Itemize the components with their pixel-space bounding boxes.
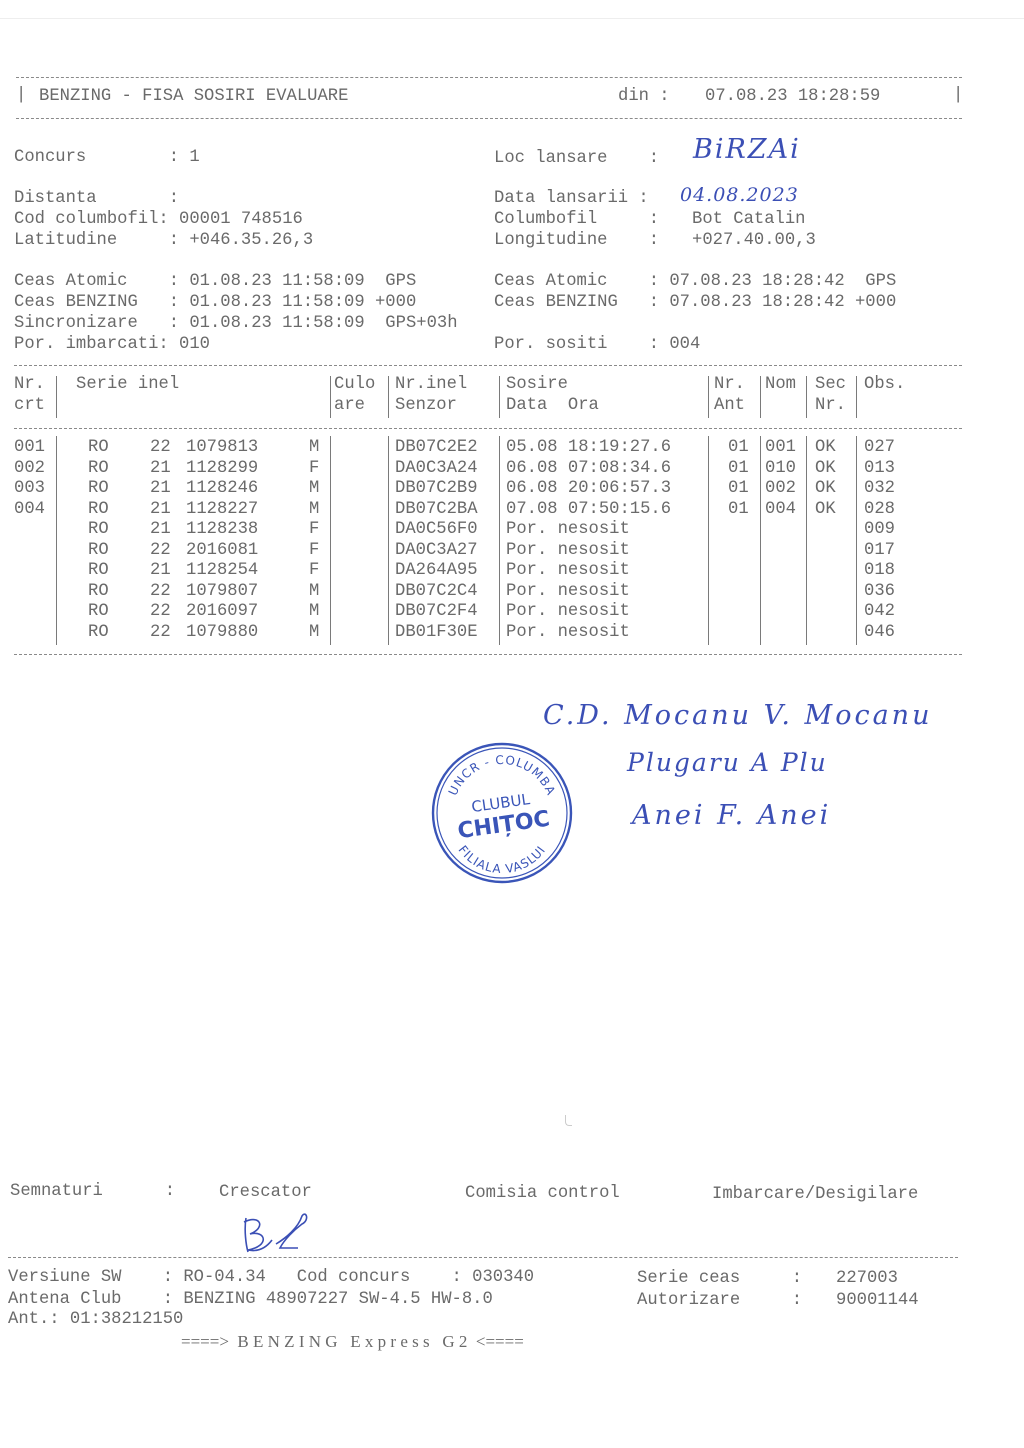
cell-sex: M [309,479,319,500]
cell-inel: 1079880 [186,623,258,644]
cell-senzor: DA0C3A24 [395,459,478,480]
ceas-atomic-start: Ceas Atomic : 01.08.23 11:58:09 GPS [14,272,416,293]
header-sec-nr: Nr. [815,396,846,417]
cell-senzor: DA0C3A27 [395,541,478,562]
header-nom: Nom [765,375,796,396]
cell-an: 22 [150,623,171,644]
ceas-benzing-start: Ceas BENZING : 01.08.23 11:58:09 +000 [14,293,416,314]
cell-ant: 01 [728,500,749,521]
cell-inel: 1128299 [186,459,258,480]
autorizare-label: Autorizare : [637,1291,802,1312]
cell-inel: 1128246 [186,479,258,500]
distanta-label: Distanta [14,189,169,208]
cell-ant: 01 [728,438,749,459]
separator: : [169,148,190,167]
column-divider [388,376,389,418]
concurs-row: Concurs : 1 [14,148,200,169]
cell-inel: 2016081 [186,541,258,562]
club-stamp-icon: UNCR - COLUMBA FILIALA VASLUI CLUBUL CHI… [431,742,573,884]
cell-sex: F [309,541,319,562]
din-label: din : [618,87,670,108]
cell-tara: RO [88,623,109,644]
imbarcare-desigilare-label: Imbarcare/Desigilare [712,1185,918,1206]
versiune-sw-row: Versiune SW : RO-04.34 Cod concurs : 030… [8,1268,534,1289]
cell-sosire: Por. nesosit [506,541,630,562]
serie-ceas-label: Serie ceas : [637,1269,802,1290]
cell-inel: 1128227 [186,500,258,521]
column-divider [760,376,761,418]
cell-an: 21 [150,561,171,582]
column-divider [499,436,500,645]
loc-lansare-label: Loc lansare : [494,149,659,170]
column-divider [856,376,857,418]
cell-obs: 036 [864,582,895,603]
cell-obs: 046 [864,623,895,644]
comisia-control-label: Comisia control [465,1184,620,1205]
header-culoare: are [334,396,365,417]
concurs-value: 1 [189,148,199,167]
semnaturi-label: Semnaturi : [10,1182,175,1203]
footer-top-border [8,1257,958,1258]
crescator-signature-icon [236,1210,316,1260]
cell-obs: 009 [864,520,895,541]
cell-inel: 1128238 [186,520,258,541]
columbofil-label: Columbofil : [494,210,659,231]
sincronizare: Sincronizare : 01.08.23 11:58:09 GPS+03h [14,314,458,335]
cell-sosire: 06.08 07:08:34.6 [506,459,671,480]
column-divider [806,376,807,418]
cell-senzor: DB01F30E [395,623,478,644]
antena-club-row: Antena Club : BENZING 48907227 SW-4.5 HW… [8,1290,493,1311]
longitudine-value: +027.40.00,3 [692,231,816,252]
cell-obs: 028 [864,500,895,521]
header-right-bar: | [953,86,963,107]
header-nr-crt: Nr. [14,375,45,396]
svg-text:CHIȚOC: CHIȚOC [456,807,551,845]
cell-an: 21 [150,459,171,480]
svg-text:FILIALA VASLUI: FILIALA VASLUI [456,843,549,876]
columbofil-value: Bot Catalin [692,210,805,231]
separator: : [158,210,179,229]
autorizare-value: 90001144 [836,1291,919,1312]
cell-nom: 002 [765,479,796,500]
cell-an: 22 [150,582,171,603]
cell-sosire: Por. nesosit [506,602,630,623]
header-nr-inel-senzor: Senzor [395,396,457,417]
column-divider [388,436,389,645]
cell-obs: 027 [864,438,895,459]
cell-ant: 01 [728,459,749,480]
cell-inel: 2016097 [186,602,258,623]
cell-an: 21 [150,479,171,500]
latitudine-label: Latitudine [14,231,169,250]
table-bottom-border [14,654,962,655]
scan-speck [565,1115,572,1126]
cell-obs: 032 [864,479,895,500]
cell-inel: 1079807 [186,582,258,603]
cell-nom: 004 [765,500,796,521]
header-top-border [16,77,962,78]
porumbei-sositi: Por. sositi : 004 [494,335,700,356]
cell-sex: M [309,582,319,603]
distanta-row: Distanta : [14,189,189,210]
cell-an: 22 [150,541,171,562]
header-obs: Obs. [864,375,905,396]
cell-sec: OK [815,500,836,521]
table-top-border [14,365,962,366]
column-divider [330,376,331,418]
cell-inel: 1128254 [186,561,258,582]
loc-lansare-handwritten: BiRZAi [693,134,801,165]
antena-id-row: Ant.: 01:38212150 [8,1310,183,1331]
cell-tara: RO [88,459,109,480]
cell-inel: 1079813 [186,438,258,459]
cell-nr: 001 [14,438,45,459]
cell-tara: RO [88,582,109,603]
cell-sosire: Por. nesosit [506,582,630,603]
cell-senzor: DB07C2C4 [395,582,478,603]
cod-columbofil-label: Cod columbofil [14,210,158,229]
cell-senzor: DB07C2B9 [395,479,478,500]
cell-sex: M [309,623,319,644]
cell-senzor: DA264A95 [395,561,478,582]
cell-senzor: DB07C2BA [395,500,478,521]
benzing-express-banner: ====> B E N Z I N G E x p r e s s G 2 <=… [181,1332,524,1353]
cell-an: 21 [150,520,171,541]
cell-sosire: Por. nesosit [506,561,630,582]
cell-sosire: 06.08 20:06:57.3 [506,479,671,500]
svg-text:UNCR - COLUMBA: UNCR - COLUMBA [446,753,559,798]
longitudine-label: Longitudine : [494,231,659,252]
cell-tara: RO [88,500,109,521]
cell-an: 22 [150,438,171,459]
cell-senzor: DB07C2E2 [395,438,478,459]
cell-nom: 001 [765,438,796,459]
header-nr-inel-senzor: Nr.inel [395,375,467,396]
committee-signature-1: C.D. Mocanu V. Mocanu [543,700,932,731]
data-lansarii-handwritten: 04.08.2023 [680,184,799,206]
column-divider [56,436,57,645]
header-serie-inel: Serie inel [76,375,179,396]
committee-signature-3: Anei F. Anei [632,800,831,831]
latitudine-value: +046.35.26,3 [189,231,313,250]
scan-edge-line [0,18,1024,19]
cell-nom: 010 [765,459,796,480]
print-datetime: 07.08.23 18:28:59 [705,87,880,108]
header-nr-crt: crt [14,396,45,417]
document-title: BENZING - FISA SOSIRI EVALUARE [39,87,348,108]
crescator-label: Crescator [219,1183,312,1204]
cell-sex: F [309,520,319,541]
column-divider [499,376,500,418]
cell-tara: RO [88,541,109,562]
ceas-atomic-end: Ceas Atomic : 07.08.23 18:28:42 GPS [494,272,896,293]
ceas-benzing-end: Ceas BENZING : 07.08.23 18:28:42 +000 [494,293,896,314]
cell-nr: 003 [14,479,45,500]
committee-signature-2: Plugaru A Plu [627,748,828,777]
column-divider [708,436,709,645]
cell-tara: RO [88,438,109,459]
cell-sosire: Por. nesosit [506,623,630,644]
cell-sex: M [309,438,319,459]
cell-nr: 004 [14,500,45,521]
cell-tara: RO [88,561,109,582]
header-bottom-border [16,118,962,119]
column-divider [56,376,57,418]
header-sosire: Data Ora [506,396,599,417]
concurs-label: Concurs [14,148,169,167]
table-header-border [14,428,962,429]
separator: : [169,189,190,208]
porumbei-imbarcati: Por. imbarcati: 010 [14,335,210,356]
column-divider [806,436,807,645]
latitudine-row: Latitudine : +046.35.26,3 [14,231,313,252]
cell-sex: M [309,602,319,623]
cell-sec: OK [815,438,836,459]
cell-sec: OK [815,479,836,500]
cell-senzor: DB07C2F4 [395,602,478,623]
cell-nr: 002 [14,459,45,480]
cell-sosire: 05.08 18:19:27.6 [506,438,671,459]
cell-an: 21 [150,500,171,521]
cell-senzor: DA0C56F0 [395,520,478,541]
cell-ant: 01 [728,479,749,500]
cell-sex: F [309,561,319,582]
header-culoare: Culo [334,375,375,396]
header-sec-nr: Sec [815,375,846,396]
column-divider [760,436,761,645]
column-divider [856,436,857,645]
cell-sec: OK [815,459,836,480]
column-divider [708,376,709,418]
header-nr-ant: Nr. [714,375,745,396]
cell-tara: RO [88,479,109,500]
cell-sex: F [309,459,319,480]
cell-tara: RO [88,602,109,623]
column-divider [330,436,331,645]
cell-obs: 013 [864,459,895,480]
cell-obs: 042 [864,602,895,623]
cell-tara: RO [88,520,109,541]
cell-obs: 017 [864,541,895,562]
cell-sosire: 07.08 07:50:15.6 [506,500,671,521]
data-lansarii-label: Data lansarii : [494,189,649,210]
serie-ceas-value: 227003 [836,1269,898,1290]
header-left-bar: | [16,86,26,107]
cell-sosire: Por. nesosit [506,520,630,541]
cell-obs: 018 [864,561,895,582]
cod-columbofil-value: 00001 748516 [179,210,303,229]
separator: : [169,231,190,250]
header-sosire: Sosire [506,375,568,396]
cod-columbofil-row: Cod columbofil: 00001 748516 [14,210,303,231]
header-nr-ant: Ant [714,396,745,417]
cell-sex: M [309,500,319,521]
cell-an: 22 [150,602,171,623]
